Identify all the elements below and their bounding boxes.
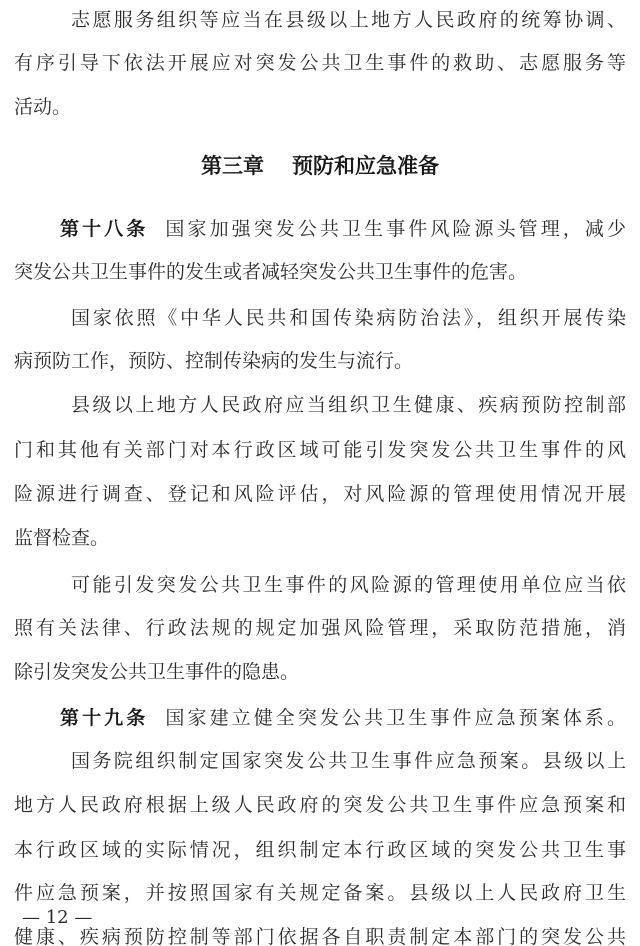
article-19-first-line: 第十九条国家建立健全突发公共卫生事件应急预案体系。	[60, 704, 626, 732]
text-line: 险源进行调查、登记和风险评估，对风险源的管理使用情况开展	[14, 480, 626, 508]
text-line: 地方人民政府根据上级人民政府的突发公共卫生事件应急预案和	[14, 791, 626, 819]
article-18-first-line: 第十八条国家加强突发公共卫生事件风险源头管理，减少	[60, 215, 626, 243]
text-line: 县级以上地方人民政府应当组织卫生健康、疾病预防控制部	[71, 391, 626, 419]
page-number: — 12 —	[22, 904, 92, 932]
text-line: 件应急预案，并按照国家有关规定备案。县级以上人民政府卫生	[14, 879, 626, 907]
text-line: 志愿服务组织等应当在县级以上地方人民政府的统筹协调、	[71, 6, 626, 34]
text-line: 国务院组织制定国家突发公共卫生事件应急预案。县级以上	[71, 747, 626, 775]
chapter-number: 第三章	[201, 153, 264, 178]
article-label: 第十八条	[60, 218, 148, 240]
text-segment: 国家加强突发公共卫生事件风险源头管理，减少	[162, 218, 626, 240]
article-label: 第十九条	[60, 707, 148, 729]
text-line: 有序引导下依法开展应对突发公共卫生事件的救助、志愿服务等	[14, 49, 626, 77]
text-line: 监督检查。	[14, 524, 626, 552]
text-line: 照有关法律、行政法规的规定加强风险管理，采取防范措施，消	[14, 614, 626, 642]
text-line: 健康、疾病预防控制等部门依据各自职责制定本部门的突发公共	[14, 923, 626, 946]
text-line: 可能引发突发公共卫生事件的风险源的管理使用单位应当依	[71, 571, 626, 599]
text-line: 国家依照《中华人民共和国传染病防治法》，组织开展传染	[71, 304, 626, 332]
text-line: 活动。	[14, 93, 626, 121]
text-line: 除引发突发公共卫生事件的隐患。	[14, 658, 626, 686]
text-line: 病预防工作，预防、控制传染病的发生与流行。	[14, 347, 626, 375]
text-line: 本行政区域的实际情况，组织制定本行政区域的突发公共卫生事	[14, 836, 626, 864]
text-segment: 国家建立健全突发公共卫生事件应急预案体系。	[162, 707, 626, 729]
chapter-heading: 第三章预防和应急准备	[0, 152, 640, 180]
text-line: 门和其他有关部门对本行政区域可能引发突发公共卫生事件的风	[14, 436, 626, 464]
text-line: 突发公共卫生事件的发生或者减轻突发公共卫生事件的危害。	[14, 258, 626, 286]
chapter-title: 预防和应急准备	[292, 153, 439, 178]
